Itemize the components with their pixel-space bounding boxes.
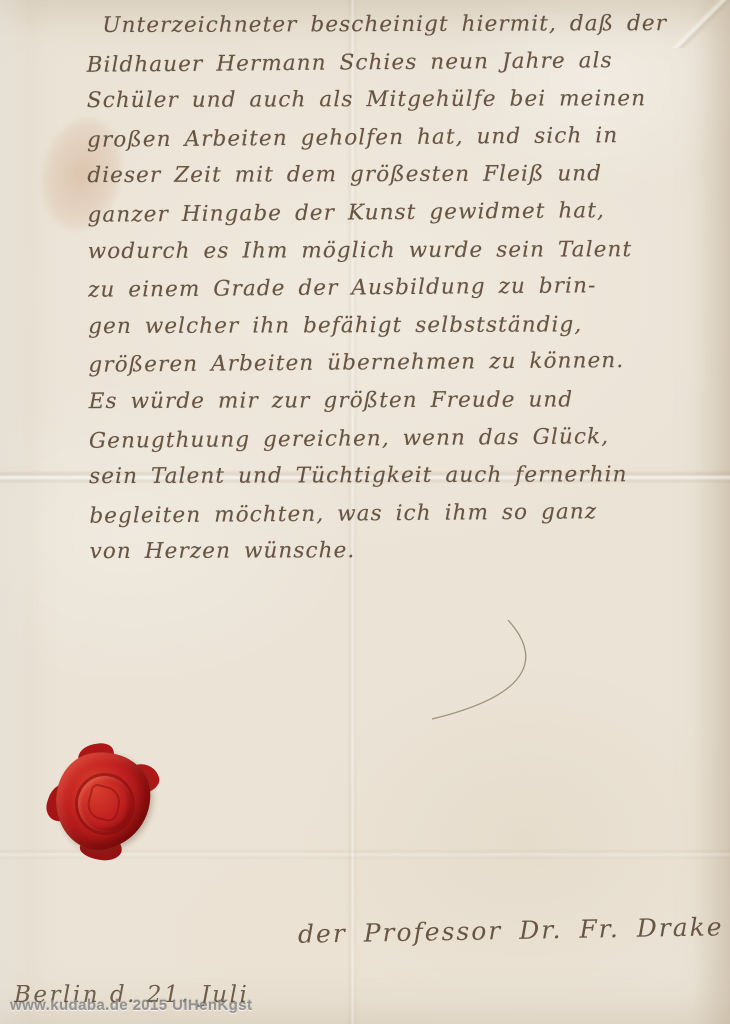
letter-line: Schüler und auch als Mitgehülfe bei mein… — [87, 80, 717, 120]
signature: der Professor Dr. Fr. Drake — [298, 912, 724, 948]
letter-line: gen welcher ihn befähigt selbstständig, — [88, 306, 718, 346]
letter-line: ganzer Hingabe der Kunst gewidmet hat, — [87, 191, 717, 234]
letter-line: Bildhauer Hermann Schies neun Jahre als — [86, 41, 716, 84]
letter-line: wodurch es Ihm möglich wurde sein Talent — [88, 230, 718, 270]
letter-line: dieser Zeit mit dem größesten Fleiß und — [87, 155, 717, 195]
wax-seal — [50, 746, 156, 858]
letter-line: sein Talent und Tüchtigkeit auch fernerh… — [89, 456, 719, 496]
letter-line: von Herzen wünsche. — [90, 531, 720, 571]
letter-line: größeren Arbeiten übernehmen zu können. — [88, 342, 718, 385]
letter-line: Genugthuung gereichen, wenn das Glück, — [89, 417, 719, 460]
watermark: www.kudaba.de 2015 UlHenKgst — [10, 997, 252, 1014]
letter-line: Es würde mir zur größten Freude und — [89, 381, 719, 421]
stray-ink-curve — [420, 613, 555, 731]
letter-line: Unterzeichneter bescheinigt hiermit, daß… — [86, 5, 716, 45]
letter-line: zu einem Grade der Ausbildung zu brin- — [88, 266, 718, 309]
letter-line: großen Arbeiten geholfen hat, und sich i… — [87, 116, 717, 159]
letter-body: Unterzeichneter bescheinigt hiermit, daß… — [86, 4, 719, 572]
scanned-letter-page: Unterzeichneter bescheinigt hiermit, daß… — [0, 0, 730, 1024]
letter-line: begleiten möchten, was ich ihm so ganz — [89, 492, 719, 535]
